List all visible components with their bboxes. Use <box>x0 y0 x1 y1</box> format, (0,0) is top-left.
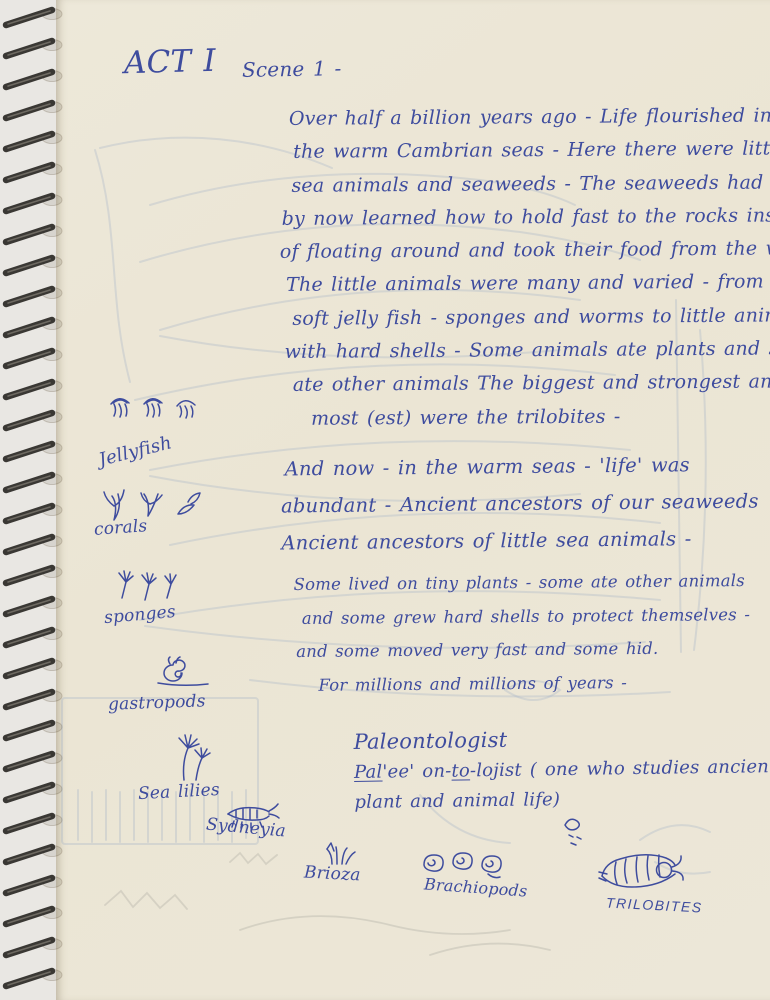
gastropod-sketch <box>148 656 220 694</box>
pron-seg-underlined: Pal <box>354 762 383 783</box>
pron-seg: 'ee' on- <box>382 761 451 783</box>
handwritten-line: abundant - Ancient ancestors of our seaw… <box>281 483 759 525</box>
small-fossil-doodle <box>561 813 595 849</box>
margin-label-gastropods: gastropods <box>108 691 206 714</box>
handwritten-line: For millions and millions of years - <box>318 665 751 702</box>
paragraph-life-abundant: And now - in the warm seas - 'life' was … <box>280 446 759 562</box>
notebook-photo: ACT I Scene 1 - Over half a billion year… <box>0 0 770 1000</box>
spiral-binding <box>0 0 84 1000</box>
margin-label-brioza: Brioza <box>304 863 362 886</box>
paragraph-cambrian-seas: Over half a billion years ago - Life flo… <box>277 99 770 436</box>
handwritten-line: Some lived on tiny plants - some ate oth… <box>293 564 750 601</box>
pron-seg: -lojist ( one who studies ancient <box>470 756 770 781</box>
handwritten-line: Over half a billion years ago - Life flo… <box>289 99 770 136</box>
handwritten-line: most (est) were the trilobites - <box>311 399 770 436</box>
trilobite-sketch <box>596 848 688 896</box>
margin-label-trilobites: TRILOBITES <box>606 894 703 915</box>
sea-lilies-sketch <box>154 726 216 784</box>
margin-label-jellyfish: Jellyfish <box>97 432 174 470</box>
margin-label-corals: corals <box>93 516 148 540</box>
handwritten-line: of floating around and took their food f… <box>280 232 770 269</box>
notebook-page: ACT I Scene 1 - Over half a billion year… <box>56 0 770 1000</box>
sponges-sketch <box>114 564 184 604</box>
definition-line2-text: plant and animal life) <box>354 789 560 813</box>
handwritten-line: Ancient ancestors of little sea animals … <box>281 519 759 561</box>
jellyfish-sketch <box>108 392 208 426</box>
definition-block: Paleontologist Pal'ee' on-to-lojist ( on… <box>353 724 770 813</box>
margin-label-brachiopods: Brachiopods <box>423 874 528 900</box>
handwritten-line: the warm Cambrian seas - Here there were… <box>293 132 770 169</box>
handwritten-line: And now - in the warm seas - 'life' was <box>284 446 758 488</box>
handwritten-line: and some moved very fast and some hid. <box>296 631 751 668</box>
act-heading: ACT I <box>124 43 217 81</box>
pron-seg-underlined: to <box>451 760 470 781</box>
paragraph-some-lived: Some lived on tiny plants - some ate oth… <box>293 564 750 702</box>
handwritten-line: The little animals were many and varied … <box>286 266 770 303</box>
handwritten-line: ate other animals The biggest and strong… <box>293 365 770 402</box>
handwritten-line: and some grew hard shells to protect the… <box>302 598 751 635</box>
definition-title: Paleontologist <box>353 724 770 754</box>
corals-sketch <box>100 476 210 524</box>
scene-heading: Scene 1 - <box>242 56 342 82</box>
margin-label-sea-lilies: Sea lilies <box>138 780 221 804</box>
margin-label-sponges: sponges <box>103 602 176 628</box>
handwritten-line: by now learned how to hold fast to the r… <box>282 199 770 236</box>
handwritten-line: sea animals and seaweeds - The seaweeds … <box>291 166 770 203</box>
handwritten-line: soft jelly fish - sponges and worms to l… <box>292 299 770 336</box>
definition-pronunciation: Pal'ee' on-to-lojist ( one who studies a… <box>354 756 770 783</box>
definition-line2: plant and animal life) <box>354 786 770 813</box>
handwritten-line: with hard shells - Some animals ate plan… <box>284 332 770 369</box>
